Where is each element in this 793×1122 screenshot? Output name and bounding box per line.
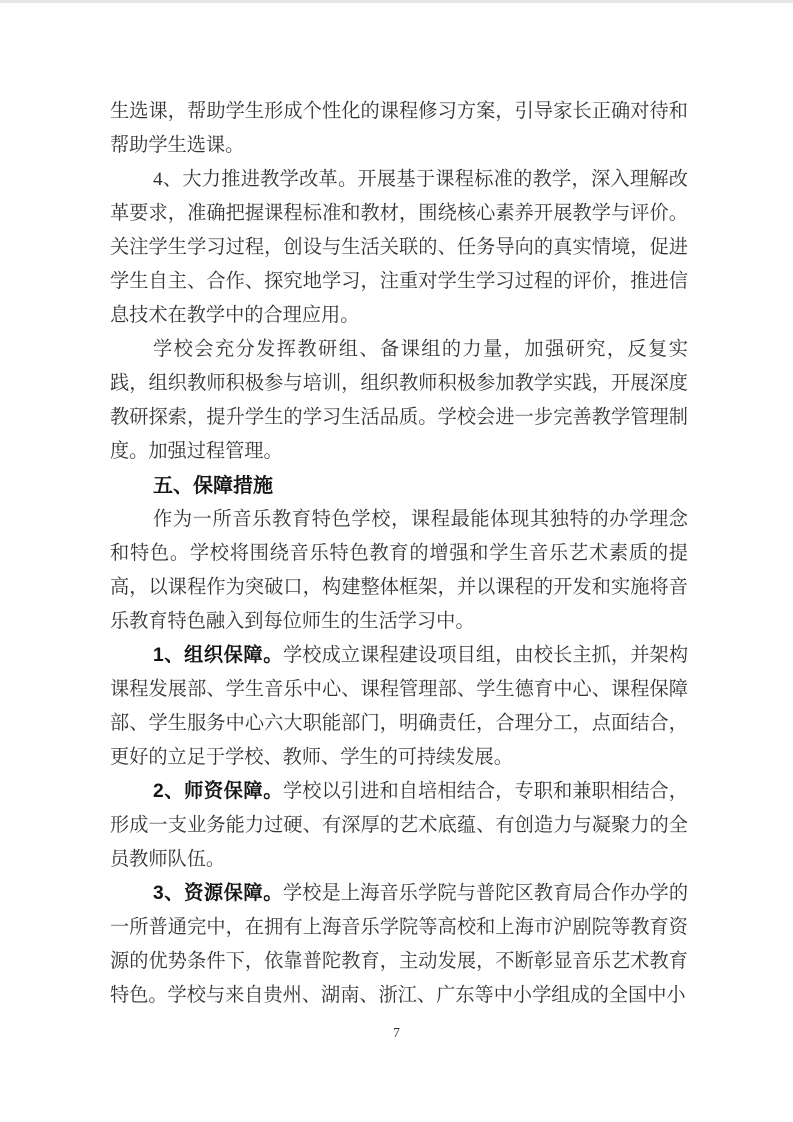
page-number: 7 — [0, 1024, 793, 1042]
item-lead-teachers: 2、师资保障。 — [153, 781, 283, 802]
paragraph-item-teachers: 2、师资保障。学校以引进和自培相结合，专职和兼职相结合，形成一支业务能力过硬、有… — [110, 775, 688, 877]
paragraph-teaching-reform: 4、大力推进教学改革。开展基于课程标准的教学，深入理解改革要求，准确把握课程标准… — [110, 163, 688, 333]
paragraph-item-organization: 1、组织保障。学校成立课程建设项目组，由校长主抓，并架构课程发展部、学生音乐中心… — [110, 639, 688, 775]
paragraph-item-resources: 3、资源保障。学校是上海音乐学院与普陀区教育局合作办学的一所普通完中，在拥有上海… — [110, 877, 688, 1013]
document-page: 生选课，帮助学生形成个性化的课程修习方案，引导家长正确对待和帮助学生选课。 4、… — [0, 0, 793, 1122]
section-heading-safeguard-measures: 五、保障措施 — [110, 469, 688, 503]
paragraph-continuation: 生选课，帮助学生形成个性化的课程修习方案，引导家长正确对待和帮助学生选课。 — [110, 95, 688, 163]
paragraph-teaching-research: 学校会充分发挥教研组、备课组的力量，加强研究，反复实践，组织教师积极参与培训，组… — [110, 333, 688, 469]
item-lead-organization: 1、组织保障。 — [153, 645, 283, 666]
document-body: 生选课，帮助学生形成个性化的课程修习方案，引导家长正确对待和帮助学生选课。 4、… — [110, 95, 688, 1013]
page-top-edge-line — [0, 0, 793, 3]
item-lead-resources: 3、资源保障。 — [153, 883, 283, 904]
paragraph-section-intro: 作为一所音乐教育特色学校，课程最能体现其独特的办学理念和特色。学校将围绕音乐特色… — [110, 503, 688, 639]
